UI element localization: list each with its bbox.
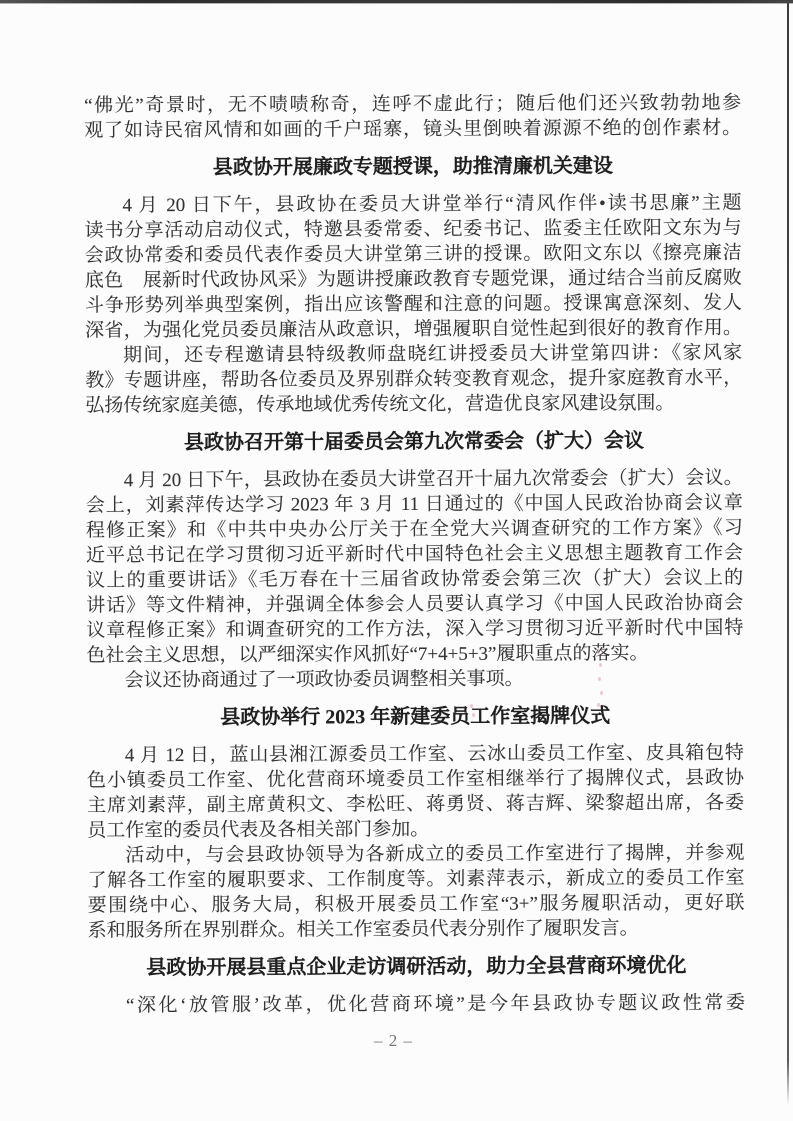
section-heading: 县政协召开第十届委员会第九次常委会（扩大）会议 xyxy=(85,428,742,457)
text-line: 议章程修正案》和调查研究的工作方法，深入学习贯彻习近平新时代中国特 xyxy=(86,616,743,644)
text-line: 色小镇委员工作室、优化营商环境委员工作室相继举行了揭牌仪式，县政协 xyxy=(87,766,744,794)
text-line: “佛光”奇景时，无不啧啧称奇，连呼不虚此行；随后他们还兴致勃勃地参 xyxy=(84,91,741,119)
text-line: 讲话》等文件精神，并强调全体参会人员要认真学习《中国人民政治协商会 xyxy=(86,591,743,619)
paragraph: 4 月 12 日，蓝山县湘江源委员工作室、云冰山委员工作室、皮具箱包特色小镇委员… xyxy=(87,741,744,844)
text-line: 会政协常委和委员代表作委员大讲堂第三讲的授课。欧阳文东以《擦亮廉洁 xyxy=(85,241,742,269)
section-heading: 县政协举行 2023 年新建委员工作室揭牌仪式 xyxy=(87,703,744,732)
paragraph: “深化‘放管服’改革，优化营商环境”是今年县政协专题议政性常委 xyxy=(88,991,745,1019)
text-line: 近平总书记在学习贯彻习近平新时代中国特色社会主义思想主题教育工作会 xyxy=(86,541,743,569)
text-line: 活动中，与会县政协领导为各新成立的委员工作室进行了揭牌，并参观 xyxy=(87,841,744,869)
paragraph: 4 月 20 日下午，县政协在委员大讲堂召开十届九次常委会（扩大）会议。会上，刘… xyxy=(86,466,744,669)
text-line: 斗争形势列举典型案例，指出应该警醒和注意的问题。授课寓意深刻、发人 xyxy=(85,291,742,319)
text-line: 底色 展新时代政协风采》为题讲授廉政教育专题党课，通过结合当前反腐败 xyxy=(85,266,742,294)
text-line: 会上，刘素萍传达学习 2023 年 3 月 11 日通过的《中国人民政治协商会议… xyxy=(86,491,743,519)
paragraph: 期间，还专程邀请县特级教师盘晓红讲授委员大讲堂第四讲：《家风家教》专题讲座，帮助… xyxy=(85,341,742,419)
text-line: 观了如诗民宿风情和如画的千户瑶寨，镜头里倒映着源源不绝的创作素材。 xyxy=(84,116,741,144)
text-line: 4 月 12 日，蓝山县湘江源委员工作室、云冰山委员工作室、皮具箱包特 xyxy=(87,741,744,769)
text-line: 教》专题讲座，帮助各位委员及界别群众转变教育观念，提升家庭教育水平， xyxy=(85,366,742,394)
paragraph: 4 月 20 日下午，县政协在委员大讲堂举行“清风作伴•读书思廉”主题读书分享活… xyxy=(84,191,742,344)
text-line: 4 月 20 日下午，县政协在委员大讲堂举行“清风作伴•读书思廉”主题 xyxy=(84,191,741,219)
scan-edge-top xyxy=(0,0,793,3)
text-line: 议上的重要讲话》《毛万春在十三届省政协常委会第三次（扩大）会议上的 xyxy=(86,566,743,594)
text-line: 要围绕中心、服务大局，积极开展委员工作室“3+”服务履职活动，更好联 xyxy=(87,891,744,919)
text-line: 了解各工作室的履职要求、工作制度等。刘素萍表示，新成立的委员工作室 xyxy=(87,866,744,894)
scan-edge-right xyxy=(787,3,789,1105)
text-line: “深化‘放管服’改革，优化营商环境”是今年县政协专题议政性常委 xyxy=(88,991,745,1019)
document-body: “佛光”奇景时，无不啧啧称奇，连呼不虚此行；随后他们还兴致勃勃地参观了如诗民宿风… xyxy=(84,91,745,1019)
text-line: 主席刘素萍，副主席黄积文、李松旺、蒋勇贤、蒋吉辉、梁黎超出席，各委 xyxy=(87,791,744,819)
text-line: 色社会主义思想，以严细深实作风抓好“7+4+5+3”履职重点的落实。 xyxy=(86,641,743,669)
text-line: 弘扬传统家庭美德，传承地域优秀传统文化，营造优良家风建设氛围。 xyxy=(85,391,742,419)
section-heading: 县政协开展廉政专题授课，助推清廉机关建设 xyxy=(84,153,741,182)
paragraph: 活动中，与会县政协领导为各新成立的委员工作室进行了揭牌，并参观了解各工作室的履职… xyxy=(87,841,744,944)
paragraph: “佛光”奇景时，无不啧啧称奇，连呼不虚此行；随后他们还兴致勃勃地参观了如诗民宿风… xyxy=(84,91,741,144)
text-line: 会议还协商通过了一项政协委员调整相关事项。 xyxy=(87,666,744,694)
text-line: 员工作室的委员代表及各相关部门参加。 xyxy=(87,816,744,844)
text-line: 读书分享活动启动仪式，特邀县委常委、纪委书记、监委主任欧阳文东为与 xyxy=(85,216,742,244)
text-line: 深省，为强化党员委员廉洁从政意识，增强履职自觉性起到很好的教育作用。 xyxy=(85,316,742,344)
text-line: 期间，还专程邀请县特级教师盘晓红讲授委员大讲堂第四讲：《家风家 xyxy=(85,341,742,369)
text-line: 4 月 20 日下午，县政协在委员大讲堂召开十届九次常委会（扩大）会议。 xyxy=(86,466,743,494)
paragraph: 会议还协商通过了一项政协委员调整相关事项。 xyxy=(87,666,744,694)
page-number: – 2 – xyxy=(0,1031,787,1051)
section-heading: 县政协开展县重点企业走访调研活动，助力全县营商环境优化 xyxy=(88,953,745,982)
text-line: 程修正案》和《中共中央办公厅关于在全党大兴调查研究的工作方案》《习 xyxy=(86,516,743,544)
text-line: 系和服务所在界别群众。相关工作室委员代表分别作了履职发言。 xyxy=(88,916,745,944)
document-page: “佛光”奇景时，无不啧啧称奇，连呼不虚此行；随后他们还兴致勃勃地参观了如诗民宿风… xyxy=(0,0,793,1121)
